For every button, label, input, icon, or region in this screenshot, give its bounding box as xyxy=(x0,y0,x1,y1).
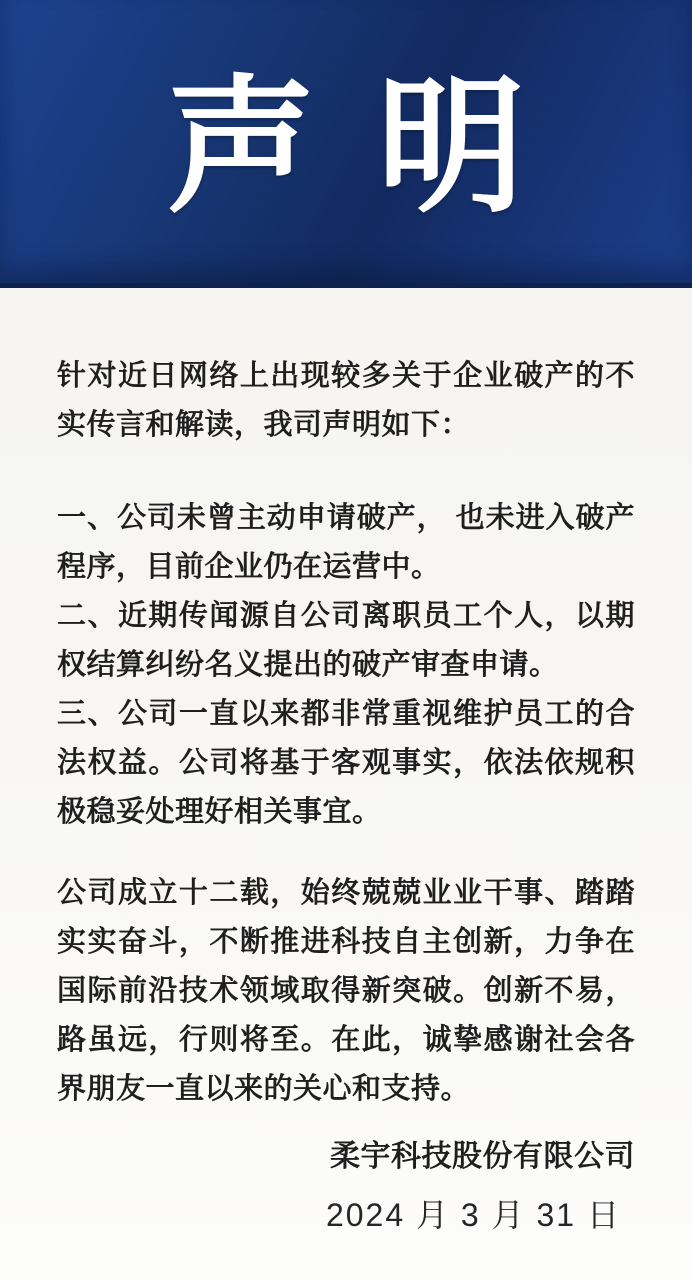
statement-title: 声明 xyxy=(105,62,587,222)
closing-paragraph: 公司成立十二载，始终兢兢业业干事、踏踏实实奋斗，不断推进科技自主创新，力争在国际… xyxy=(57,869,635,1114)
statement-item-3: 三、公司一直以来都非常重视维护员工的合法权益。公司将基于客观事实，依法依规积极稳… xyxy=(57,690,635,837)
signature-block: 柔宇科技股份有限公司 2024 月 3 月 31 日 xyxy=(57,1128,635,1244)
statement-date: 2024 月 3 月 31 日 xyxy=(57,1186,635,1244)
statement-items: 一、公司未曾主动申请破产， 也未进入破产程序，目前企业仍在运营中。 二、近期传闻… xyxy=(57,494,635,837)
statement-item-2: 二、近期传闻源自公司离职员工个人，以期权结算纠纷名义提出的破产审查申请。 xyxy=(57,592,635,690)
statement-banner: 声明 xyxy=(0,0,692,288)
statement-item-1: 一、公司未曾主动申请破产， 也未进入破产程序，目前企业仍在运营中。 xyxy=(57,494,635,592)
company-name: 柔宇科技股份有限公司 xyxy=(57,1128,635,1186)
statement-page: 声明 针对近日网络上出现较多关于企业破产的不实传言和解读，我司声明如下： 一、公… xyxy=(0,0,692,1280)
intro-paragraph: 针对近日网络上出现较多关于企业破产的不实传言和解读，我司声明如下： xyxy=(57,352,635,450)
statement-body: 针对近日网络上出现较多关于企业破产的不实传言和解读，我司声明如下： 一、公司未曾… xyxy=(0,288,692,1244)
